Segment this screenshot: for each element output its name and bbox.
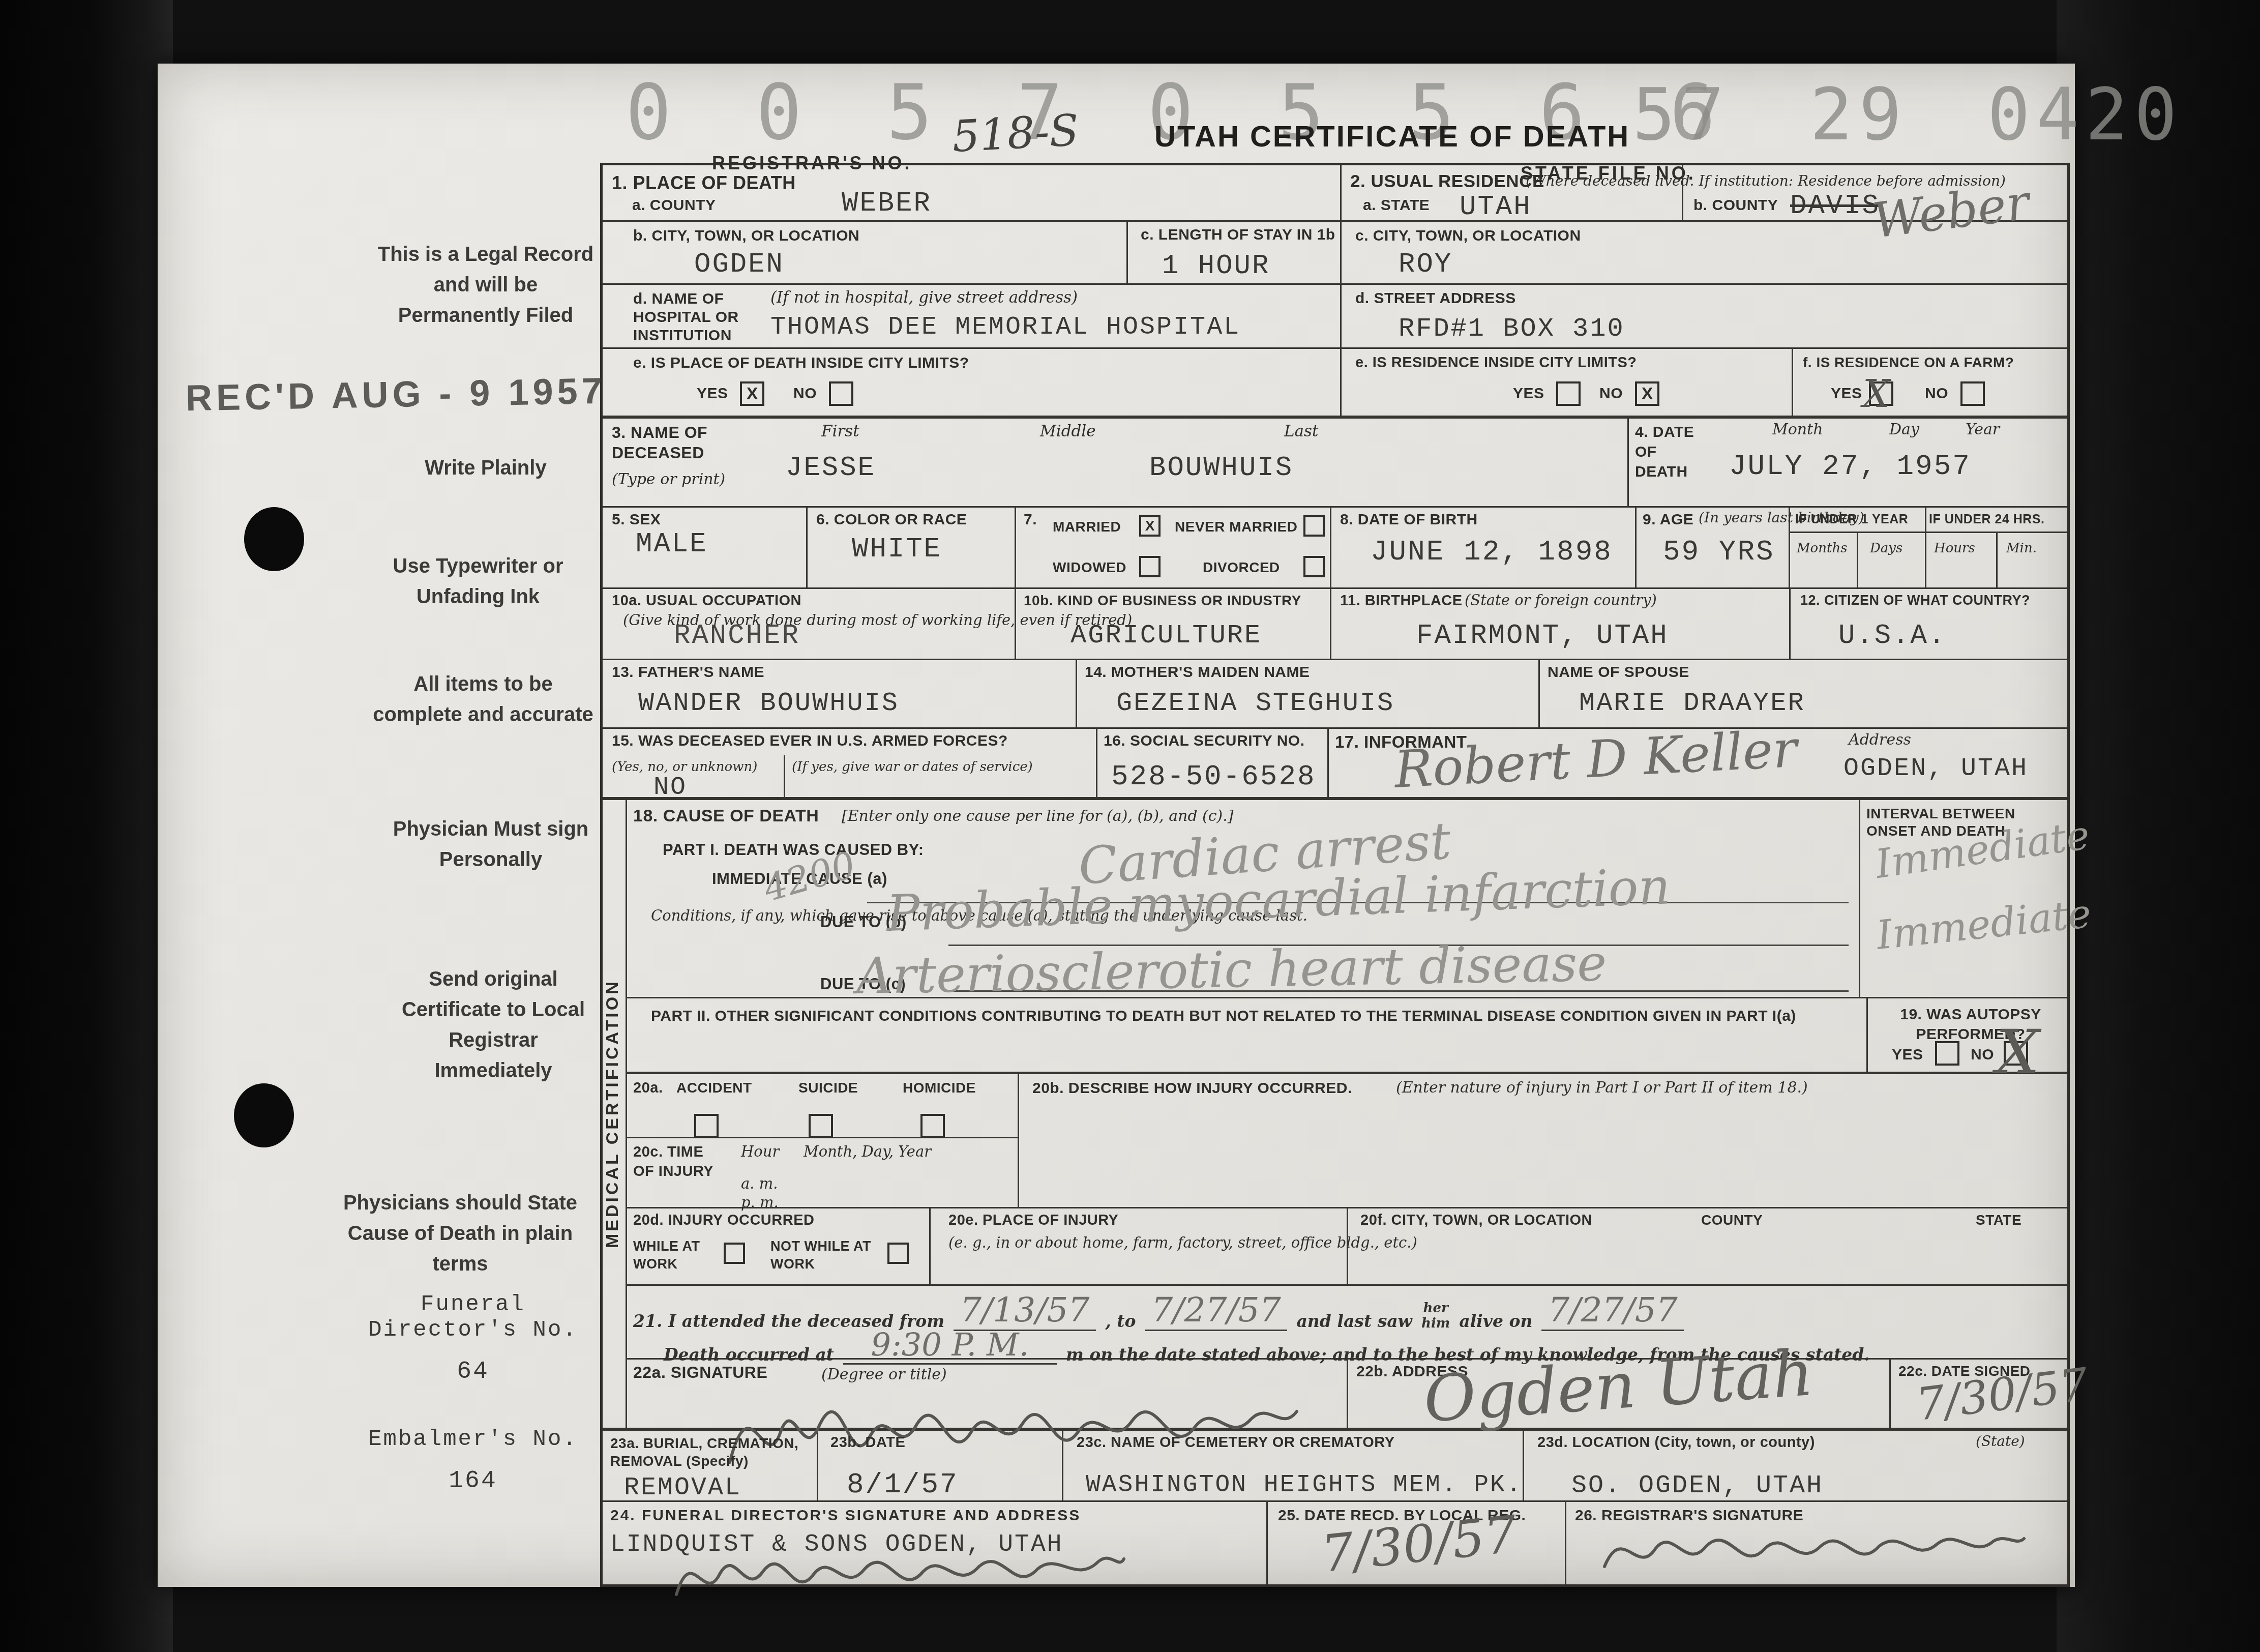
accident-label: ACCIDENT bbox=[676, 1080, 752, 1096]
death-city-limits-no-label: NO bbox=[793, 385, 817, 402]
punch-hole-top bbox=[244, 507, 304, 571]
hospital-label: d. NAME OF HOSPITAL OR INSTITUTION bbox=[633, 290, 760, 345]
county-value: WEBER bbox=[842, 188, 932, 219]
death-city-limits-no-checkbox bbox=[829, 381, 853, 406]
punch-hole-bottom bbox=[234, 1083, 294, 1147]
describe-injury-note: (Enter nature of injury in Part I or Par… bbox=[1396, 1079, 1808, 1097]
date-of-birth-value: JUNE 12, 1898 bbox=[1371, 536, 1613, 568]
pm-label: p. m. bbox=[741, 1194, 779, 1211]
state-file-number-stamp: 57 29 0420 bbox=[1632, 74, 2183, 157]
death-city-limits-label: e. IS PLACE OF DEATH INSIDE CITY LIMITS? bbox=[633, 355, 969, 372]
ssn-label: 16. SOCIAL SECURITY NO. bbox=[1104, 732, 1304, 750]
certificate-form: MEDICAL CERTIFICATION 1. PLACE OF DEATH … bbox=[600, 163, 2070, 1587]
funeral-director-signature-scrawl bbox=[669, 1533, 1126, 1610]
attended-statement-line1: 21. I attended the deceased from 7/13/57… bbox=[633, 1290, 2052, 1331]
city-label: b. CITY, TOWN, OR LOCATION bbox=[633, 227, 859, 245]
informant-signature: Robert D Keller bbox=[1393, 719, 1799, 800]
hour-header: Hour bbox=[741, 1143, 779, 1160]
funeral-director-no-value: 64 bbox=[351, 1358, 595, 1385]
informant-address-value: OGDEN, UTAH bbox=[1843, 754, 2028, 783]
injury-city-label: 20f. CITY, TOWN, OR LOCATION bbox=[1360, 1212, 1592, 1229]
date-of-death-value: JULY 27, 1957 bbox=[1729, 450, 1971, 483]
divorced-label: DIVORCED bbox=[1203, 559, 1280, 576]
sex-value: MALE bbox=[636, 529, 708, 560]
suicide-checkbox bbox=[809, 1114, 833, 1138]
under-1-year-header: IF UNDER 1 YEAR bbox=[1795, 512, 1908, 527]
hospital-value: THOMAS DEE MEMORIAL HOSPITAL bbox=[770, 313, 1240, 342]
burial-label: 23a. BURIAL, CREMATION, REMOVAL (Specify… bbox=[610, 1434, 809, 1470]
place-of-death-title: 1. PLACE OF DEATH bbox=[612, 172, 796, 194]
injury-state-label: STATE bbox=[1976, 1212, 2021, 1228]
father-name-value: WANDER BOUWHUIS bbox=[638, 688, 899, 718]
residence-farm-no-checkbox bbox=[1960, 381, 1985, 406]
residence-farm-no-label: NO bbox=[1925, 385, 1948, 402]
death-time-value: 9:30 P. M. bbox=[871, 1326, 1029, 1363]
margin-complete-note: All items to be complete and accurate bbox=[371, 669, 595, 730]
homicide-label: HOMICIDE bbox=[903, 1080, 976, 1096]
am-label: a. m. bbox=[741, 1175, 778, 1192]
age-note: (In years last birthday) bbox=[1699, 510, 1790, 526]
armed-forces-label: 15. WAS DECEASED EVER IN U.S. ARMED FORC… bbox=[612, 732, 1008, 750]
injury-county-label: COUNTY bbox=[1701, 1212, 1763, 1228]
scanned-death-certificate: 0 0 5 7 0 5 5 6 6 UTAH CERTIFICATE OF DE… bbox=[0, 0, 2260, 1652]
autopsy-no-hand-x: X bbox=[1996, 1017, 2039, 1088]
registrar-signature-scrawl bbox=[1597, 1516, 2029, 1582]
margin-typewriter-note: Use Typewriter or Unfading Ink bbox=[356, 551, 600, 612]
widowed-checkbox bbox=[1139, 556, 1161, 577]
armed-forces-sub1: (Yes, no, or unknown) bbox=[612, 759, 757, 775]
margin-legal-record-note: This is a Legal Record and will be Perma… bbox=[376, 239, 595, 331]
street-address-value: RFD#1 BOX 310 bbox=[1399, 314, 1625, 344]
name-first-header: First bbox=[821, 422, 859, 440]
residence-city-limits-label: e. IS RESIDENCE INSIDE CITY LIMITS? bbox=[1355, 355, 1637, 371]
part2-text: PART II. OTHER SIGNIFICANT CONDITIONS CO… bbox=[651, 1007, 1846, 1025]
residence-state-value: UTAH bbox=[1460, 192, 1532, 223]
death-year-header: Year bbox=[1966, 421, 2000, 438]
attended-statement-line2: Death occurred at 9:30 P. M. m on the da… bbox=[664, 1326, 2057, 1365]
autopsy-yes-label: YES bbox=[1892, 1046, 1923, 1064]
burial-value: REMOVAL bbox=[624, 1473, 741, 1502]
sex-label: 5. SEX bbox=[612, 511, 661, 528]
accident-checkbox bbox=[694, 1114, 719, 1138]
homicide-checkbox bbox=[920, 1114, 945, 1138]
month-day-year-header: Month, Day, Year bbox=[804, 1143, 931, 1160]
last-name-value: BOUWHUIS bbox=[1149, 453, 1293, 484]
first-name-value: JESSE bbox=[786, 453, 876, 484]
margin-plain-terms-note: Physicians should State Cause of Death i… bbox=[325, 1188, 595, 1279]
name-type-or-print-note: (Type or print) bbox=[612, 470, 725, 488]
residence-city-label: c. CITY, TOWN, OR LOCATION bbox=[1355, 227, 1581, 245]
never-married-checkbox bbox=[1303, 515, 1325, 537]
medical-certification-vertical-label: MEDICAL CERTIFICATION bbox=[603, 799, 626, 1429]
color-race-label: 6. COLOR OR RACE bbox=[816, 511, 967, 528]
item-20a-num: 20a. bbox=[633, 1080, 663, 1097]
divorced-checkbox bbox=[1303, 556, 1325, 577]
cause-of-death-title: 18. CAUSE OF DEATH bbox=[633, 806, 819, 826]
name-of-deceased-label: 3. NAME OF DECEASED bbox=[612, 422, 719, 463]
attended-to-date: 7/27/57 bbox=[1151, 1290, 1281, 1330]
margin-physician-sign-note: Physician Must sign Personally bbox=[386, 814, 595, 875]
marital-num: 7. bbox=[1024, 511, 1037, 528]
informant-address-label: Address bbox=[1849, 731, 1911, 749]
father-name-label: 13. FATHER'S NAME bbox=[612, 664, 764, 681]
cemetery-location-label: 23d. LOCATION (City, town, or county) bbox=[1537, 1434, 1815, 1451]
color-race-value: WHITE bbox=[852, 534, 942, 565]
birthplace-value: FAIRMONT, UTAH bbox=[1416, 621, 1669, 652]
armed-forces-sub2: (If yes, give war or dates of service) bbox=[792, 759, 1033, 775]
birthplace-note: (State or foreign country) bbox=[1465, 592, 1657, 609]
her-word: her bbox=[1421, 1301, 1450, 1316]
min-header: Min. bbox=[2006, 541, 2037, 556]
conditions-note: Conditions, if any, which gave rise to a… bbox=[651, 907, 804, 925]
mother-name-value: GEZEINA STEGHUIS bbox=[1116, 688, 1394, 718]
certificate-paper: 0 0 5 7 0 5 5 6 6 UTAH CERTIFICATE OF DE… bbox=[158, 64, 2075, 1587]
death-city-limits-yes-label: YES bbox=[697, 385, 728, 402]
residence-city-value: ROY bbox=[1399, 249, 1452, 280]
film-border-left bbox=[0, 0, 173, 1652]
burial-date-label: 23b. DATE bbox=[830, 1434, 905, 1451]
margin-send-original-note: Send original Certificate to Local Regis… bbox=[392, 964, 595, 1086]
usual-residence-title: 2. USUAL RESIDENCE bbox=[1350, 171, 1544, 192]
received-date-stamp: REC'D AUG - 9 1957 bbox=[185, 370, 606, 419]
state-note: (State) bbox=[1976, 1433, 2025, 1450]
certificate-title: UTAH CERTIFICATE OF DEATH bbox=[1154, 120, 1630, 154]
place-of-injury-note: (e. g., in or about home, farm, factory,… bbox=[948, 1233, 1325, 1252]
autopsy-no-label: NO bbox=[1971, 1046, 1994, 1064]
name-last-header: Last bbox=[1284, 422, 1318, 440]
citizen-value: U.S.A. bbox=[1838, 621, 1946, 652]
residence-farm-yes-hand-x: X bbox=[1863, 371, 1890, 416]
while-at-work-checkbox bbox=[724, 1243, 745, 1264]
industry-value: AGRICULTURE bbox=[1070, 621, 1262, 651]
mother-name-label: 14. MOTHER'S MAIDEN NAME bbox=[1085, 664, 1310, 681]
occupation-label: 10a. USUAL OCCUPATION bbox=[612, 593, 801, 609]
embalmer-no-label: Embalmer's No. bbox=[351, 1427, 595, 1452]
length-of-stay-label: c. LENGTH OF STAY IN 1b bbox=[1141, 226, 1335, 244]
ssn-value: 528-50-6528 bbox=[1111, 760, 1316, 793]
spouse-label: NAME OF SPOUSE bbox=[1548, 664, 1689, 681]
describe-injury-label: 20b. DESCRIBE HOW INJURY OCCURRED. bbox=[1032, 1080, 1352, 1097]
married-label: MARRIED bbox=[1053, 519, 1121, 535]
date-of-birth-label: 8. DATE OF BIRTH bbox=[1340, 511, 1478, 528]
suicide-label: SUICIDE bbox=[798, 1080, 858, 1096]
under-24-hrs-header: IF UNDER 24 HRS. bbox=[1929, 512, 2044, 527]
autopsy-yes-checkbox bbox=[1935, 1041, 1959, 1066]
time-of-injury-label: 20c. TIME OF INJURY bbox=[633, 1143, 720, 1181]
cause-c-handwritten: Arteriosclerotic heart disease bbox=[856, 934, 1607, 1006]
part1-label: PART I. DEATH WAS CAUSED BY: bbox=[663, 841, 924, 859]
spouse-value: MARIE DRAAYER bbox=[1579, 688, 1805, 718]
age-label: 9. AGE bbox=[1643, 511, 1693, 528]
while-at-work-label: WHILE AT WORK bbox=[633, 1237, 717, 1273]
residence-state-label: a. STATE bbox=[1363, 197, 1430, 214]
burial-date-value: 8/1/57 bbox=[847, 1468, 959, 1501]
residence-farm-label: f. IS RESIDENCE ON A FARM? bbox=[1803, 355, 2014, 371]
birthplace-label: 11. BIRTHPLACE bbox=[1340, 593, 1463, 609]
months-header: Months bbox=[1797, 541, 1848, 556]
death-city-limits-yes-checkbox: X bbox=[740, 381, 764, 406]
date-of-death-label: 4. DATE OF DEATH bbox=[1635, 422, 1701, 482]
married-checkbox: X bbox=[1139, 515, 1161, 537]
interval-b-handwritten: Immediate bbox=[1875, 891, 2094, 959]
margin-write-plainly-note: Write Plainly bbox=[376, 453, 595, 483]
embalmer-no-value: 164 bbox=[351, 1467, 595, 1495]
funeral-director-no-label: Funeral Director's No. bbox=[351, 1292, 595, 1343]
residence-county-typed-struck: DAVIS bbox=[1790, 191, 1880, 222]
not-while-at-work-label: NOT WHILE AT WORK bbox=[770, 1237, 877, 1273]
industry-label: 10b. KIND OF BUSINESS OR INDUSTRY bbox=[1024, 593, 1301, 609]
residence-farm-yes-label: YES bbox=[1831, 385, 1862, 402]
death-day-header: Day bbox=[1889, 421, 1919, 438]
citizen-label: 12. CITIZEN OF WHAT COUNTRY? bbox=[1800, 593, 2030, 608]
hospital-note: (If not in hospital, give street address… bbox=[770, 288, 1078, 307]
days-header: Days bbox=[1870, 541, 1902, 556]
last-alive-date: 7/27/57 bbox=[1548, 1290, 1677, 1330]
widowed-label: WIDOWED bbox=[1053, 559, 1126, 576]
cemetery-label: 23c. NAME OF CEMETERY OR CREMATORY bbox=[1077, 1434, 1395, 1451]
residence-city-limits-yes-label: YES bbox=[1513, 385, 1544, 402]
county-label: a. COUNTY bbox=[632, 197, 716, 214]
armed-forces-value: NO bbox=[653, 773, 687, 802]
injury-occurred-label: 20d. INJURY OCCURRED bbox=[633, 1212, 814, 1229]
hours-header: Hours bbox=[1934, 541, 1975, 556]
city-value: OGDEN bbox=[694, 249, 784, 280]
not-while-at-work-checkbox bbox=[887, 1243, 909, 1264]
funeral-director-label: 24. FUNERAL DIRECTOR'S SIGNATURE AND ADD… bbox=[610, 1507, 1081, 1524]
street-address-label: d. STREET ADDRESS bbox=[1355, 290, 1516, 307]
cemetery-value: WASHINGTON HEIGHTS MEM. PK. bbox=[1086, 1471, 1523, 1499]
never-married-label: NEVER MARRIED bbox=[1175, 519, 1297, 535]
death-month-header: Month bbox=[1772, 421, 1823, 438]
residence-city-limits-no-checkbox: X bbox=[1635, 381, 1659, 406]
occupation-value: RANCHER bbox=[674, 621, 800, 652]
residence-city-limits-no-label: NO bbox=[1599, 385, 1623, 402]
cemetery-location-value: SO. OGDEN, UTAH bbox=[1571, 1471, 1823, 1500]
age-value: 59 YRS bbox=[1663, 536, 1775, 568]
name-middle-header: Middle bbox=[1040, 422, 1096, 440]
cause-of-death-note: [Enter only one cause per line for (a), … bbox=[842, 807, 1234, 825]
residence-county-label: b. COUNTY bbox=[1693, 197, 1778, 214]
residence-city-limits-yes-checkbox bbox=[1556, 381, 1581, 406]
place-of-injury-label: 20e. PLACE OF INJURY bbox=[948, 1212, 1118, 1229]
length-of-stay-value: 1 HOUR bbox=[1162, 251, 1270, 282]
attended-from-date: 7/13/57 bbox=[960, 1290, 1089, 1330]
registrar-no-value: 518-S bbox=[951, 105, 1080, 162]
